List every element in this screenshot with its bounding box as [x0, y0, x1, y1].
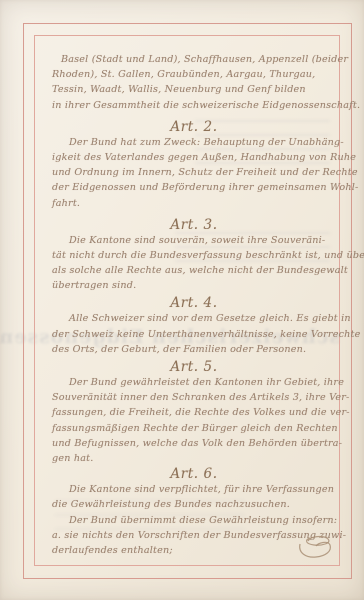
manuscript-line: des Orts, der Geburt, der Familien oder …	[52, 342, 336, 357]
manuscript-line: Souveränität inner den Schranken des Art…	[52, 390, 336, 405]
manuscript-page: Basel (Stadt und Land), Schaffhausen, Ap…	[52, 52, 336, 558]
article-heading: Art. 3.	[52, 217, 336, 233]
manuscript-line: in ihrer Gesammtheit die schweizerische …	[52, 98, 336, 113]
manuscript-line: gen hat.	[52, 451, 336, 466]
manuscript-line: als solche alle Rechte aus, welche nicht…	[52, 263, 336, 278]
manuscript-line: Der Bund hat zum Zweck: Behauptung der U…	[52, 135, 336, 150]
manuscript-line: der Schweiz keine Unterthanenverhältniss…	[52, 327, 336, 342]
manuscript-line: Die Kantone sind verpflichtet, für ihre …	[52, 482, 336, 497]
paraph-flourish-icon	[294, 531, 338, 563]
manuscript-line: der Eidgenossen und Beförderung ihrer ge…	[52, 180, 336, 195]
manuscript-line: Basel (Stadt und Land), Schaffhausen, Ap…	[52, 52, 336, 67]
manuscript-line: tät nicht durch die Bundesverfassung bes…	[52, 248, 336, 263]
manuscript-line: Die Kantone sind souverän, soweit ihre S…	[52, 233, 336, 248]
manuscript-line: Alle Schweizer sind vor dem Gesetze glei…	[52, 311, 336, 326]
manuscript-line: und Ordnung im Innern, Schutz der Freihe…	[52, 165, 336, 180]
article-heading: Art. 6.	[52, 466, 336, 482]
manuscript-line: Der Bund gewährleistet den Kantonen ihr …	[52, 375, 336, 390]
manuscript-line: Der Bund übernimmt diese Gewährleistung …	[52, 513, 336, 528]
article-heading: Art. 5.	[52, 359, 336, 375]
manuscript-line: und Befugnissen, welche das Volk den Beh…	[52, 436, 336, 451]
manuscript-line: Tessin, Waadt, Wallis, Neuenburg und Gen…	[52, 82, 336, 97]
manuscript-line: die Gewährleistung des Bundes nachzusuch…	[52, 497, 336, 512]
manuscript-line: fahrt.	[52, 196, 336, 211]
article-heading: Art. 4.	[52, 295, 336, 311]
manuscript-line: fassungsmäßigen Rechte der Bürger gleich…	[52, 421, 336, 436]
article-heading: Art. 2.	[52, 119, 336, 135]
manuscript-line: fassungen, die Freiheit, die Rechte des …	[52, 405, 336, 420]
manuscript-line: Rhoden), St. Gallen, Graubünden, Aargau,…	[52, 67, 336, 82]
manuscript-line: igkeit des Vaterlandes gegen Außen, Hand…	[52, 150, 336, 165]
manuscript-line: übertragen sind.	[52, 278, 336, 293]
